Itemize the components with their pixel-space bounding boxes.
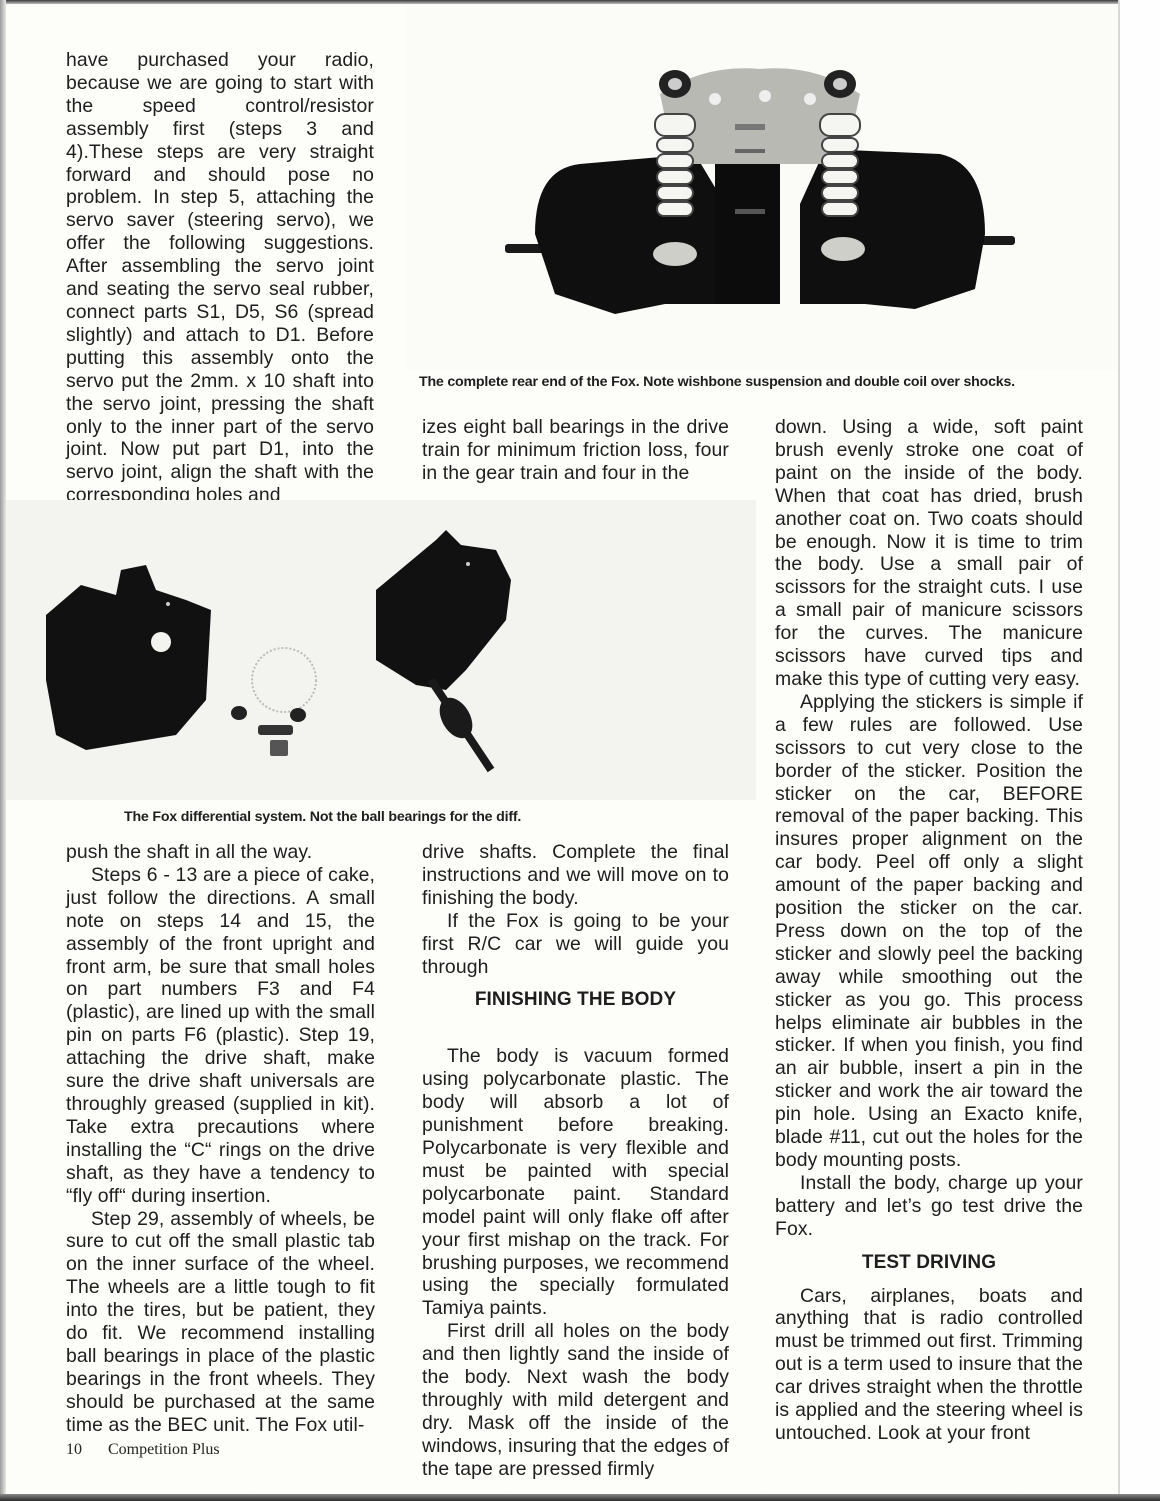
paragraph: Applying the stickers is simple if a few… xyxy=(775,691,1083,1172)
photo-differential xyxy=(6,500,756,800)
page-number: 10 xyxy=(66,1441,82,1458)
paragraph: have purchased your radio, because we ar… xyxy=(66,49,374,507)
paragraph: drive shafts. Complete the final instruc… xyxy=(422,841,729,910)
column-middle-bottom: drive shafts. Complete the final instruc… xyxy=(422,841,729,1481)
page-edge-right xyxy=(1118,0,1160,1501)
paragraph: push the shaft in all the way. xyxy=(66,841,375,864)
column-middle-top: izes eight ball bearings in the drive tr… xyxy=(422,416,729,485)
paragraph: The body is vacuum formed using polycarb… xyxy=(422,1045,729,1320)
section-heading-finishing-the-body: FINISHING THE BODY xyxy=(422,989,729,1012)
paragraph: izes eight ball bearings in the drive tr… xyxy=(422,416,729,485)
differential-photo-icon xyxy=(6,500,756,800)
figure-caption-rear-end: The complete rear end of the Fox. Note w… xyxy=(419,373,1015,391)
figure-caption-differential: The Fox differential system. Not the bal… xyxy=(124,808,521,826)
column-left-top: have purchased your radio, because we ar… xyxy=(66,49,374,507)
paragraph: Cars, airplanes, boats and anything that… xyxy=(775,1285,1083,1445)
paragraph: Install the body, charge up your battery… xyxy=(775,1172,1083,1241)
paragraph: Steps 6 - 13 are a piece of cake, just f… xyxy=(66,864,375,1208)
photo-rear-end xyxy=(405,4,1117,370)
rear-end-photo-icon xyxy=(405,4,1117,370)
section-heading-test-driving: TEST DRIVING xyxy=(775,1252,1083,1275)
column-left-bottom: push the shaft in all the way. Steps 6 -… xyxy=(66,841,375,1437)
paragraph: First drill all holes on the body and th… xyxy=(422,1320,729,1480)
paragraph: down. Using a wide, soft paint brush eve… xyxy=(775,416,1083,691)
page-footer: 10 Competition Plus xyxy=(66,1441,220,1459)
publication-name: Competition Plus xyxy=(108,1441,220,1458)
column-right: down. Using a wide, soft paint brush eve… xyxy=(775,416,1083,1445)
page-edge-bottom xyxy=(0,1494,1160,1501)
paragraph: If the Fox is going to be your first R/C… xyxy=(422,910,729,979)
paragraph: Step 29, assembly of wheels, be sure to … xyxy=(66,1208,375,1437)
